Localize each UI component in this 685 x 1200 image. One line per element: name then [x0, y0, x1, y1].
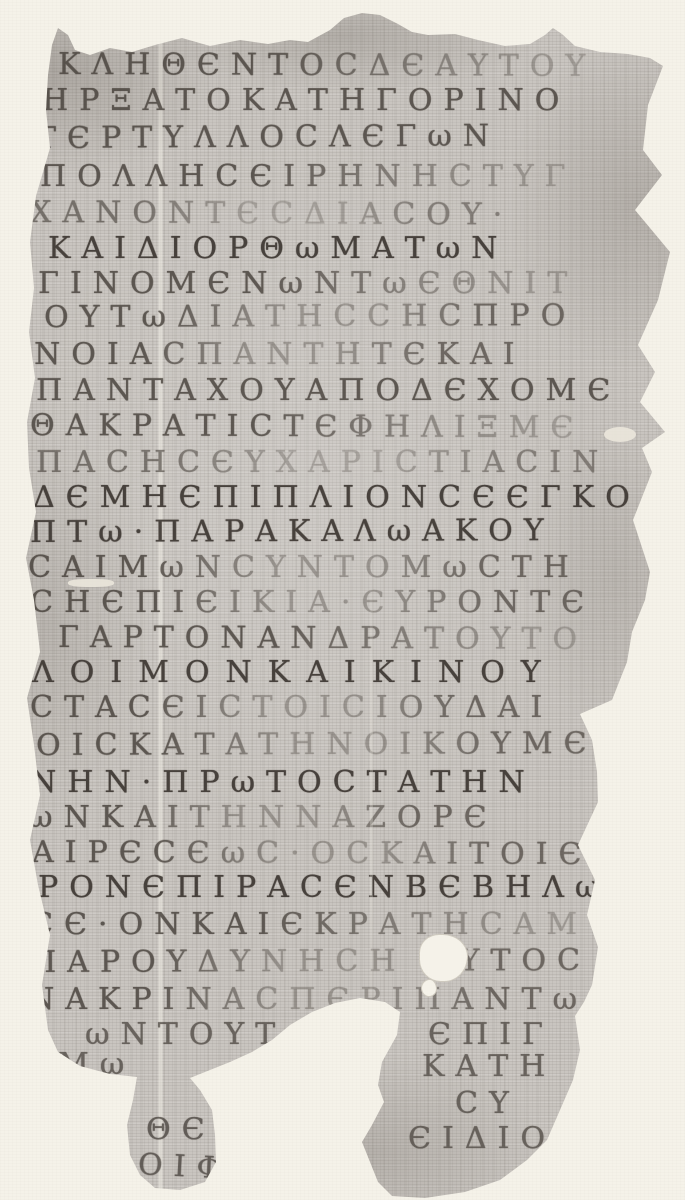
manuscript-line-29-right: ΚΑΤΗ [422, 1052, 556, 1082]
vertical-crease [370, 560, 373, 1030]
manuscript-line-13: ΔЄΜΗЄΠΙΠΛΙΟΝCЄЄΓΚΟ [33, 483, 641, 513]
manuscript-line-31-right: ЄΙΔΙΟ [408, 1124, 556, 1154]
manuscript-line-23: ΑΙΡЄCЄωC·ΟCΚΑΙΤΟΙЄ [32, 838, 593, 870]
manuscript-line-32-left: ΟΙΦ [137, 1150, 232, 1185]
manuscript-line-25: CЄ·ΟΝΚΑΙЄΚΡΑΤΗCΑΜ [30, 910, 588, 940]
surface-scrape [68, 579, 114, 587]
manuscript-line-18: ΛΟΙΜΟΝΚΑΙΚΙΝΟΥ [32, 658, 557, 688]
manuscript-line-16: CΗЄΠΙЄΙΚΙΑ·ЄΥΡΟΝΤЄ [30, 588, 595, 618]
manuscript-line-30-right: CΥ [455, 1089, 520, 1119]
manuscript-line-14: ΠΤω·ΠΑΡΑΚΑΛωΑΚΟΥ [30, 516, 555, 548]
manuscript-line-29-left: Μω [58, 1050, 135, 1080]
manuscript-line-19: CΤΑCЄΙCΤΟΙCΙΟΥΔΑΙ [30, 693, 553, 723]
manuscript-line-10: ΠΑΝΤΑΧΟΥΑΠΟΔЄΧΟΜЄ [36, 376, 621, 406]
manuscript-line-4: ΠΟΛΛΗCЄΙΡΗΝΗCΤΥΓ [40, 162, 576, 192]
edge-scrape [604, 427, 636, 442]
manuscript-line-8: ΟΥΤωΔΙΑΤΗCCΗCΠΡΟ [44, 301, 576, 333]
manuscript-line-5: ΧΑΝΟΝΤЄCΔΙΑCΟΥ· [30, 198, 513, 231]
manuscript-line-15: CΑΙΜωΝCΥΝΤΟΜωCΤΗ [28, 553, 580, 583]
manuscript-line-20: ΟΙCΚΑΤΑΤΗΝΟΙΚΟΥΜЄ [36, 729, 598, 761]
scanned-photo: ΚΛΗΘЄΝΤΟCΔЄΑΥΤΟΥ ΗΡΞΑΤΟΚΑΤΗΓΟΡΙΝΟ ΤЄΡΤΥΛ… [0, 0, 685, 1200]
worm-hole-small [421, 979, 437, 997]
manuscript-line-12: ΠΑCΗCЄΥΧΑΡΙCΤΙΑCΙΝ [36, 448, 609, 478]
manuscript-line-6: ΚΑΙΔΙΟΡΘωΜΑΤωΝ [48, 234, 508, 264]
papyrus-fragment: ΚΛΗΘЄΝΤΟCΔЄΑΥΤΟΥ ΗΡΞΑΤΟΚΑΤΗΓΟΡΙΝΟ ΤЄΡΤΥΛ… [0, 0, 685, 1200]
manuscript-line-7: ΓΙΝΟΜЄΝωΝΤωЄΘΝΙΤ [38, 269, 578, 299]
manuscript-line-22: ωΝΚΑΙΤΗΝΝΑΖΟΡЄ [28, 803, 498, 833]
manuscript-line-26: ΠΑΡΟΥΔΥΝΗCΗ ΑΥΤΟC [30, 946, 591, 978]
manuscript-line-9: ΝΟΙΑCΠΑΝΤΗΤЄΚΑΙ [34, 340, 525, 370]
manuscript-line-2: ΗΡΞΑΤΟΚΑΤΗΓΟΡΙΝΟ [42, 86, 570, 116]
manuscript-line-31-left: ΘЄΝ [146, 1115, 253, 1145]
manuscript-line-27: ΝΑΚΡΙΝΑCΠЄΡΙΠΑΝΤω [28, 985, 588, 1015]
manuscript-line-1: ΚΛΗΘЄΝΤΟCΔЄΑΥΤΟΥ [58, 50, 596, 82]
manuscript-line-17: ΓΑΡΤΟΝΑΝΔΡΑΤΟΥΤΟ [58, 623, 588, 655]
manuscript-line-21: ΝΗΝ·ΠΡωΤΟCΤΑΤΗΝ [30, 768, 536, 798]
manuscript-line-28-left: ωΝΤΟΥΤ [85, 1020, 286, 1050]
manuscript-line-11: ΘΑΚΡΑΤΙCΤЄΦΗΛΙΞΜЄ [30, 411, 584, 443]
manuscript-line-28-right: ЄΠΙΓ [428, 1020, 554, 1050]
manuscript-line-24: ΡΟΝЄΠΙΡΑCЄΝΒЄΒΗΛω [38, 873, 610, 903]
worm-hole [419, 934, 468, 982]
manuscript-line-3: ΤЄΡΤΥΛΛΟCΛЄΓωΝ [36, 122, 500, 154]
